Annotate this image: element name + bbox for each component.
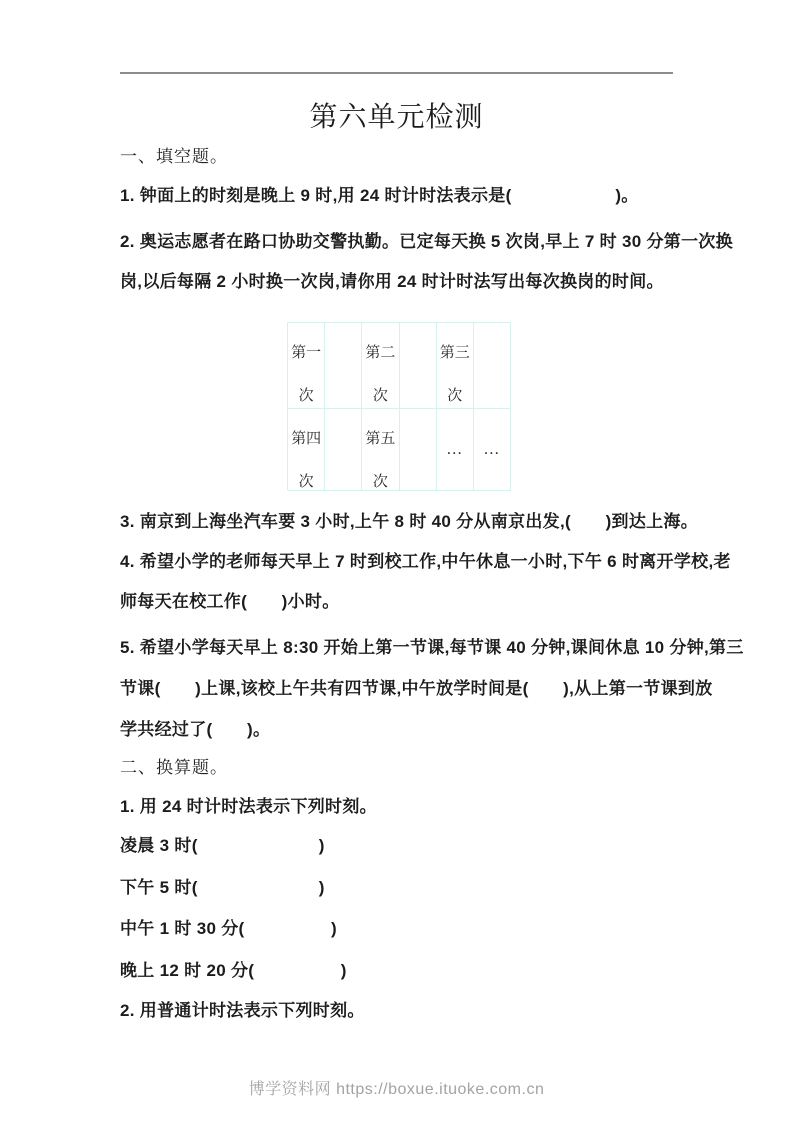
question-3: 3. 南京到上海坐汽车要 3 小时,上午 8 时 40 分从南京出发,( )到达… <box>120 507 698 532</box>
table-cell: 第二次 <box>362 323 399 409</box>
section-2-header: 二、换算题。 <box>120 753 228 778</box>
conversion-item-2: 下午 5 时( ) <box>120 873 325 898</box>
table-cell-text: 第三次 <box>440 332 470 418</box>
table-cell: 第一次 <box>288 323 325 409</box>
section-1-header: 一、填空题。 <box>120 142 228 167</box>
table-cell: 第四次 <box>288 409 325 491</box>
table-cell-text: 第四次 <box>291 418 321 504</box>
question-1: 1. 钟面上的时刻是晚上 9 时,用 24 时计时法表示是( )。 <box>120 181 639 206</box>
table-cell-text: … <box>483 441 500 459</box>
question-5-line-3: 学共经过了( )。 <box>120 715 270 740</box>
table-cell <box>400 409 437 491</box>
table-cell: 第五次 <box>362 409 399 491</box>
table-cell-text: 第二次 <box>365 332 395 418</box>
table-cell: 第三次 <box>437 323 474 409</box>
header-rule <box>120 72 673 74</box>
table-cell-ellipsis: … <box>437 409 474 491</box>
table-cell-text: … <box>446 441 463 459</box>
section-2-question-2: 2. 用普通计时法表示下列时刻。 <box>120 996 365 1021</box>
worksheet-page: 第六单元检测 一、填空题。 1. 钟面上的时刻是晚上 9 时,用 24 时计时法… <box>0 0 793 1122</box>
conversion-item-4: 晚上 12 时 20 分( ) <box>120 956 347 981</box>
table-cell-ellipsis: … <box>474 409 511 491</box>
table-cell-text: 第一次 <box>291 332 321 418</box>
question-5-line-2: 节课( )上课,该校上午共有四节课,中午放学时间是( ),从上第一节课到放 <box>120 674 713 699</box>
shift-schedule-table: 第一次 第二次 第三次 第四次 第五次 … … <box>287 322 511 490</box>
table-cell <box>325 409 362 491</box>
conversion-item-3: 中午 1 时 30 分( ) <box>120 914 337 939</box>
table-cell <box>325 323 362 409</box>
table-cell <box>400 323 437 409</box>
question-2-line-2: 岗,以后每隔 2 小时换一次岗,请你用 24 时计时法写出每次换岗的时间。 <box>120 267 664 292</box>
conversion-item-1: 凌晨 3 时( ) <box>120 831 325 856</box>
question-5-line-1: 5. 希望小学每天早上 8:30 开始上第一节课,每节课 40 分钟,课间休息 … <box>120 633 744 658</box>
question-4-line-1: 4. 希望小学的老师每天早上 7 时到校工作,中午休息一小时,下午 6 时离开学… <box>120 547 731 572</box>
table-cell <box>474 323 511 409</box>
footer-link: 博学资料网 https://boxue.ituoke.com.cn <box>0 1076 793 1099</box>
question-4-line-2: 师每天在校工作( )小时。 <box>120 587 340 612</box>
section-2-question-1: 1. 用 24 时计时法表示下列时刻。 <box>120 792 377 817</box>
table-cell-text: 第五次 <box>365 418 395 504</box>
page-title: 第六单元检测 <box>0 95 793 135</box>
question-2-line-1: 2. 奥运志愿者在路口协助交警执勤。已定每天换 5 次岗,早上 7 时 30 分… <box>120 227 733 252</box>
